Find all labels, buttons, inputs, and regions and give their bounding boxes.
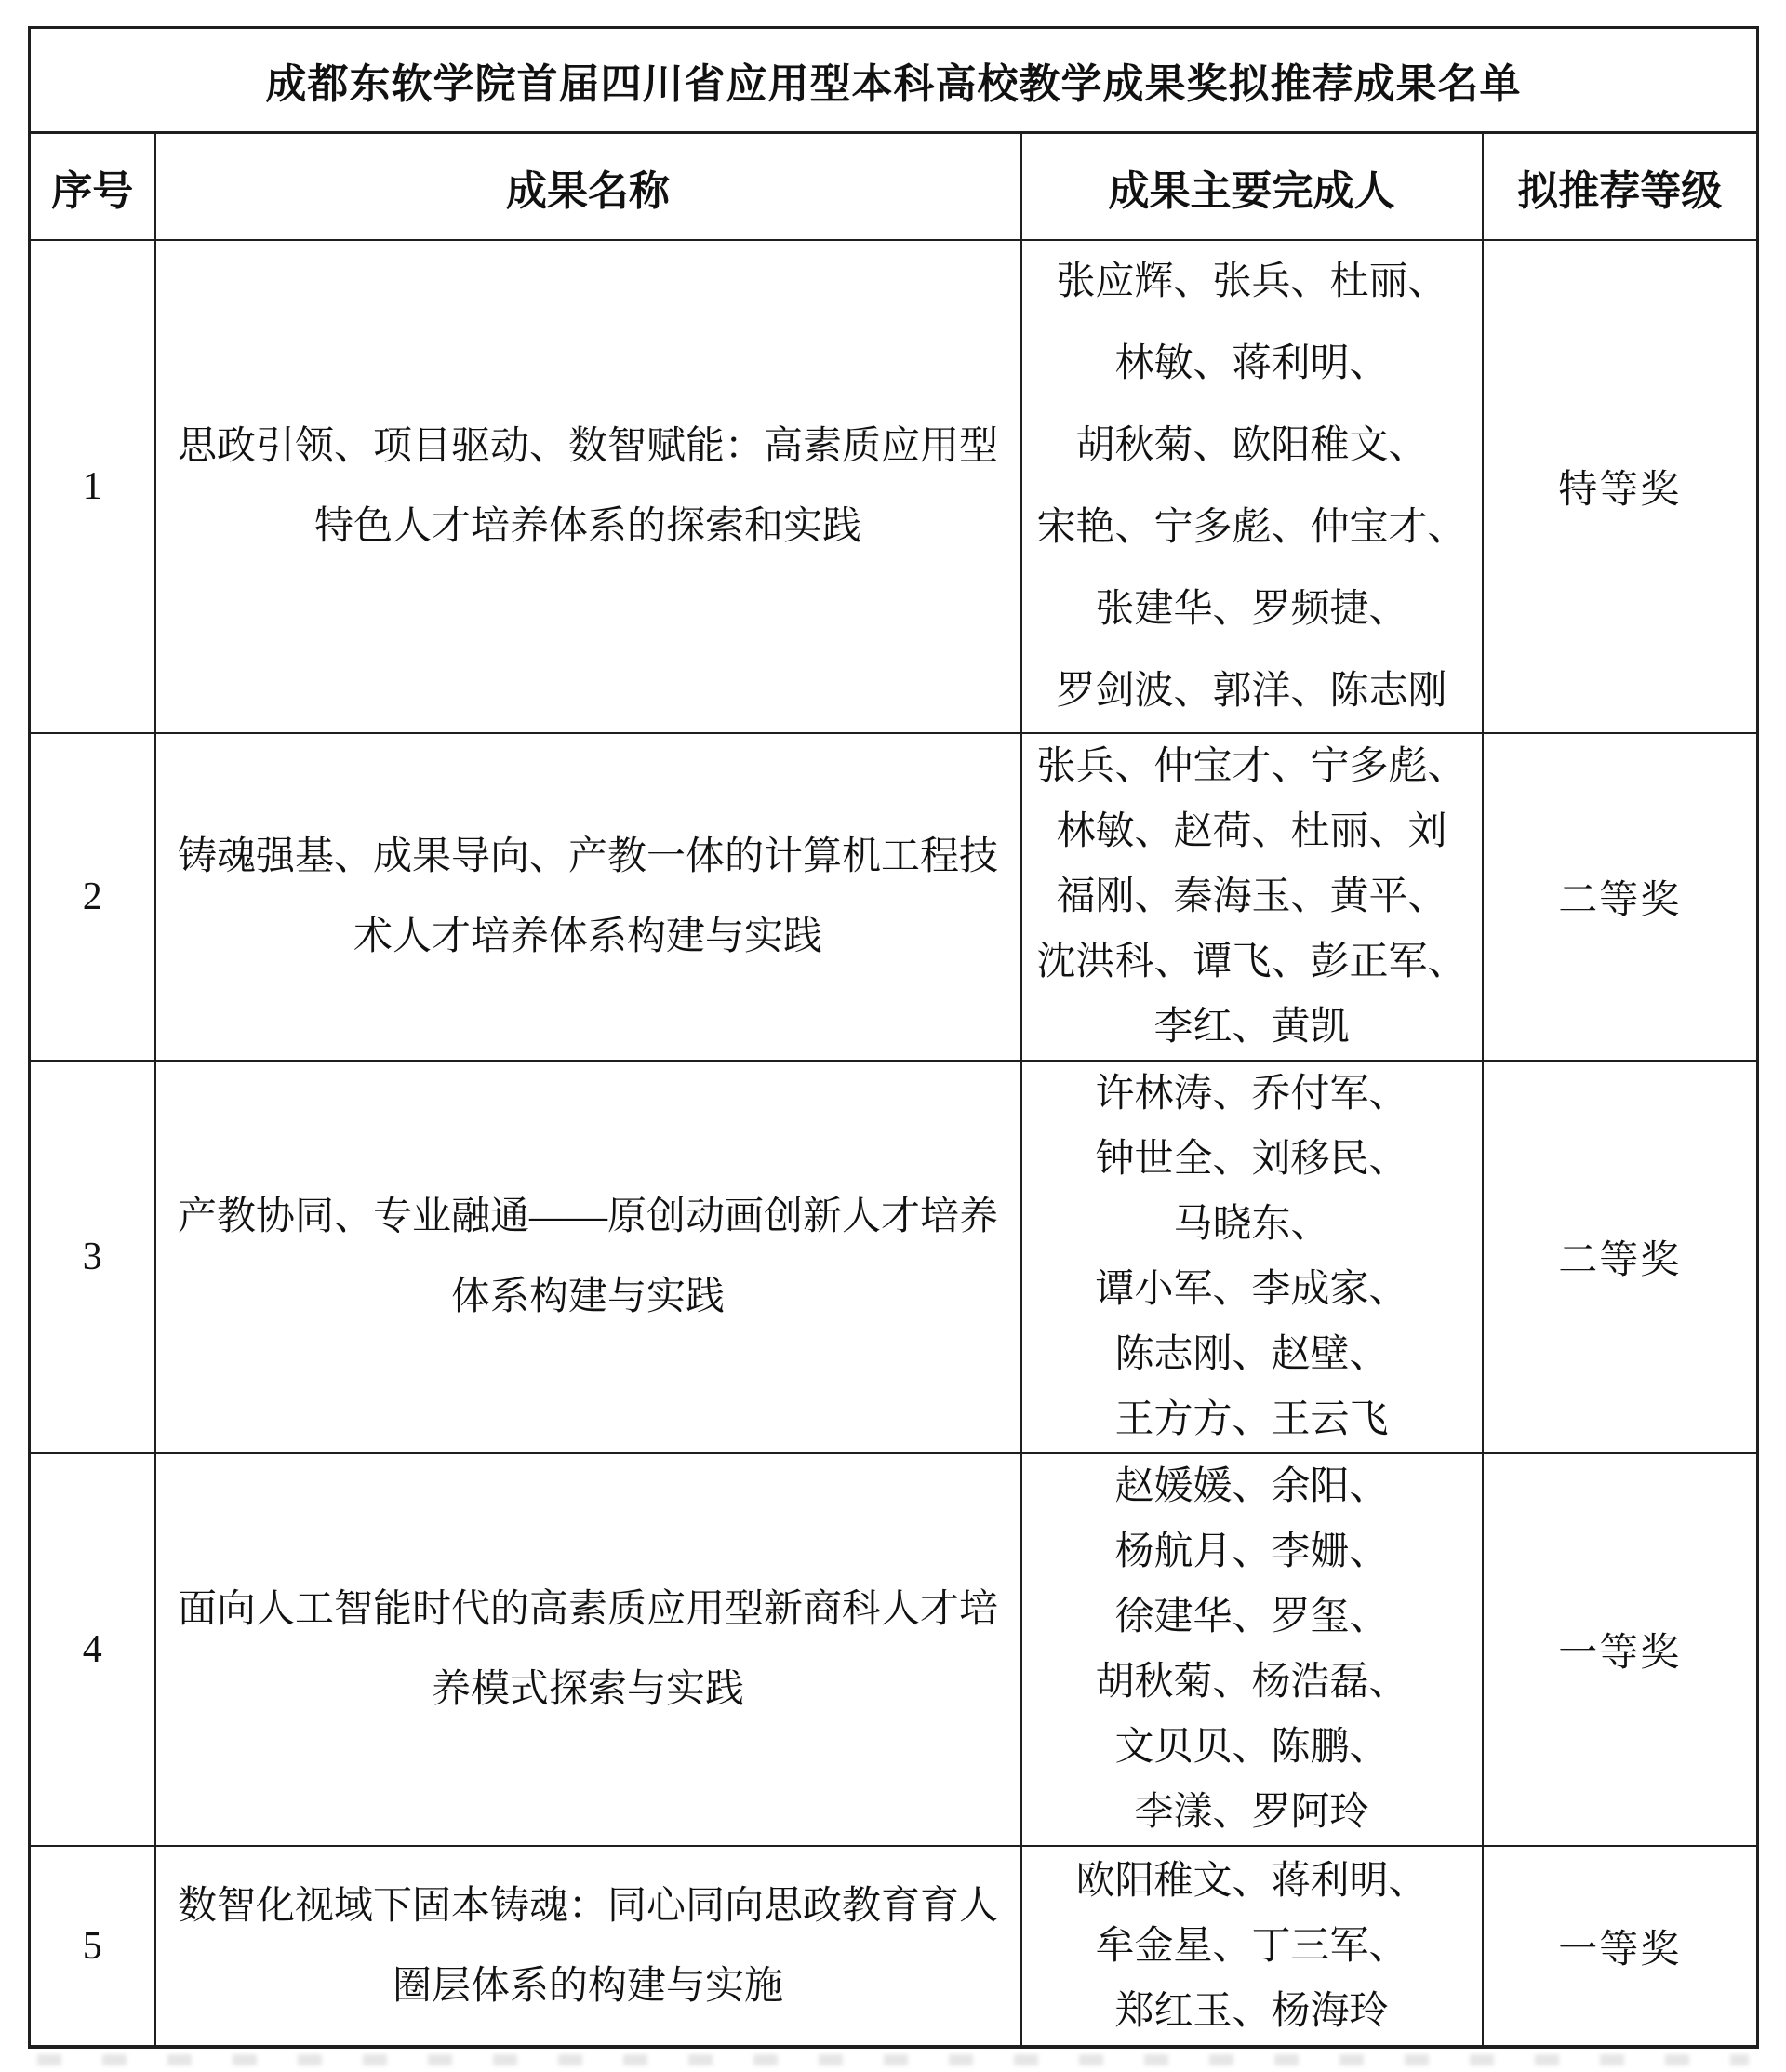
- awards-table: 成都东软学院首届四川省应用型本科高校教学成果奖拟推荐成果名单 序号 成果名称 成…: [28, 26, 1759, 2049]
- contributor-line: 宋艳、宁多彪、仲宝才、: [1030, 487, 1474, 568]
- document-title: 成都东软学院首届四川省应用型本科高校教学成果奖拟推荐成果名单: [30, 28, 1758, 133]
- column-header-name: 成果名称: [155, 133, 1021, 241]
- column-header-no: 序号: [30, 133, 155, 241]
- row-number-cell: 2: [30, 733, 155, 1061]
- results-body: 1思政引领、项目驱动、数智赋能：高素质应用型特色人才培养体系的探索和实践张应辉、…: [30, 240, 1758, 2047]
- row-number-cell: 1: [30, 240, 155, 733]
- table-row: 5数智化视域下固本铸魂：同心同向思政教育育人圈层体系的构建与实施欧阳稚文、蒋利明…: [30, 1846, 1758, 2047]
- row-number-cell: 4: [30, 1453, 155, 1846]
- contributor-line: 沈洪科、谭飞、彭正军、: [1030, 929, 1474, 995]
- contributor-line: 欧阳稚文、蒋利明、: [1030, 1849, 1474, 1914]
- table-row: 1思政引领、项目驱动、数智赋能：高素质应用型特色人才培养体系的探索和实践张应辉、…: [30, 240, 1758, 733]
- table-row: 2铸魂强基、成果导向、产教一体的计算机工程技术人才培养体系构建与实践张兵、仲宝才…: [30, 733, 1758, 1061]
- contributor-line: 杨航月、李姗、: [1030, 1519, 1474, 1584]
- contributors-cell: 欧阳稚文、蒋利明、牟金星、丁三军、郑红玉、杨海玲: [1021, 1846, 1483, 2047]
- contributor-line: 马晓东、: [1030, 1192, 1474, 1257]
- contributor-line: 许林涛、乔付军、: [1030, 1062, 1474, 1127]
- contributor-line: 林敏、赵荷、杜丽、刘: [1030, 799, 1474, 864]
- table-title-row: 成都东软学院首届四川省应用型本科高校教学成果奖拟推荐成果名单: [30, 28, 1758, 133]
- contributor-line: 张建华、罗频捷、: [1030, 568, 1474, 650]
- contributor-line: 郑红玉、杨海玲: [1030, 1979, 1474, 2044]
- contributor-line: 王方方、王云飞: [1030, 1387, 1474, 1452]
- recommended-level-cell: 一等奖: [1483, 1453, 1758, 1846]
- recommended-level-cell: 二等奖: [1483, 1061, 1758, 1453]
- contributor-line: 林敏、蒋利明、: [1030, 323, 1474, 405]
- contributor-line: 胡秋菊、欧阳稚文、: [1030, 405, 1474, 487]
- contributors-cell: 张应辉、张兵、杜丽、林敏、蒋利明、胡秋菊、欧阳稚文、宋艳、宁多彪、仲宝才、张建华…: [1021, 240, 1483, 733]
- achievement-name-cell: 数智化视域下固本铸魂：同心同向思政教育育人圈层体系的构建与实施: [155, 1846, 1021, 2047]
- document-sheet: 成都东软学院首届四川省应用型本科高校教学成果奖拟推荐成果名单 序号 成果名称 成…: [28, 26, 1756, 2049]
- achievement-name-cell: 面向人工智能时代的高素质应用型新商科人才培养模式探索与实践: [155, 1453, 1021, 1846]
- contributors-cell: 张兵、仲宝才、宁多彪、林敏、赵荷、杜丽、刘福刚、秦海玉、黄平、沈洪科、谭飞、彭正…: [1021, 733, 1483, 1061]
- row-number-cell: 5: [30, 1846, 155, 2047]
- achievement-name-cell: 产教协同、专业融通——原创动画创新人才培养体系构建与实践: [155, 1061, 1021, 1453]
- contributor-line: 牟金星、丁三军、: [1030, 1914, 1474, 1979]
- contributor-line: 文贝贝、陈鹏、: [1030, 1715, 1474, 1780]
- row-number-cell: 3: [30, 1061, 155, 1453]
- recommended-level-cell: 特等奖: [1483, 240, 1758, 733]
- contributors-cell: 赵媛媛、余阳、杨航月、李姗、徐建华、罗玺、胡秋菊、杨浩磊、文贝贝、陈鹏、李漾、罗…: [1021, 1453, 1483, 1846]
- recommended-level-cell: 二等奖: [1483, 733, 1758, 1061]
- contributor-line: 张兵、仲宝才、宁多彪、: [1030, 734, 1474, 799]
- contributor-line: 徐建华、罗玺、: [1030, 1584, 1474, 1650]
- contributor-line: 李红、黄凯: [1030, 995, 1474, 1060]
- contributor-line: 罗剑波、郭洋、陈志刚: [1030, 650, 1474, 732]
- table-header-row: 序号 成果名称 成果主要完成人 拟推荐等级: [30, 133, 1758, 241]
- achievement-name-cell: 思政引领、项目驱动、数智赋能：高素质应用型特色人才培养体系的探索和实践: [155, 240, 1021, 733]
- contributor-line: 钟世全、刘移民、: [1030, 1127, 1474, 1192]
- contributor-line: 张应辉、张兵、杜丽、: [1030, 241, 1474, 323]
- contributor-line: 福刚、秦海玉、黄平、: [1030, 864, 1474, 929]
- contributors-cell: 许林涛、乔付军、钟世全、刘移民、马晓东、谭小军、李成家、陈志刚、赵壁、王方方、王…: [1021, 1061, 1483, 1453]
- table-row: 3产教协同、专业融通——原创动画创新人才培养体系构建与实践许林涛、乔付军、钟世全…: [30, 1061, 1758, 1453]
- scan-artifact: [37, 2054, 1749, 2065]
- contributor-line: 李漾、罗阿玲: [1030, 1780, 1474, 1845]
- table-row: 4面向人工智能时代的高素质应用型新商科人才培养模式探索与实践赵媛媛、余阳、杨航月…: [30, 1453, 1758, 1846]
- column-header-contrib: 成果主要完成人: [1021, 133, 1483, 241]
- contributor-line: 陈志刚、赵壁、: [1030, 1322, 1474, 1387]
- contributor-line: 胡秋菊、杨浩磊、: [1030, 1650, 1474, 1715]
- recommended-level-cell: 一等奖: [1483, 1846, 1758, 2047]
- achievement-name-cell: 铸魂强基、成果导向、产教一体的计算机工程技术人才培养体系构建与实践: [155, 733, 1021, 1061]
- contributor-line: 赵媛媛、余阳、: [1030, 1454, 1474, 1519]
- column-header-level: 拟推荐等级: [1483, 133, 1758, 241]
- contributor-line: 谭小军、李成家、: [1030, 1257, 1474, 1322]
